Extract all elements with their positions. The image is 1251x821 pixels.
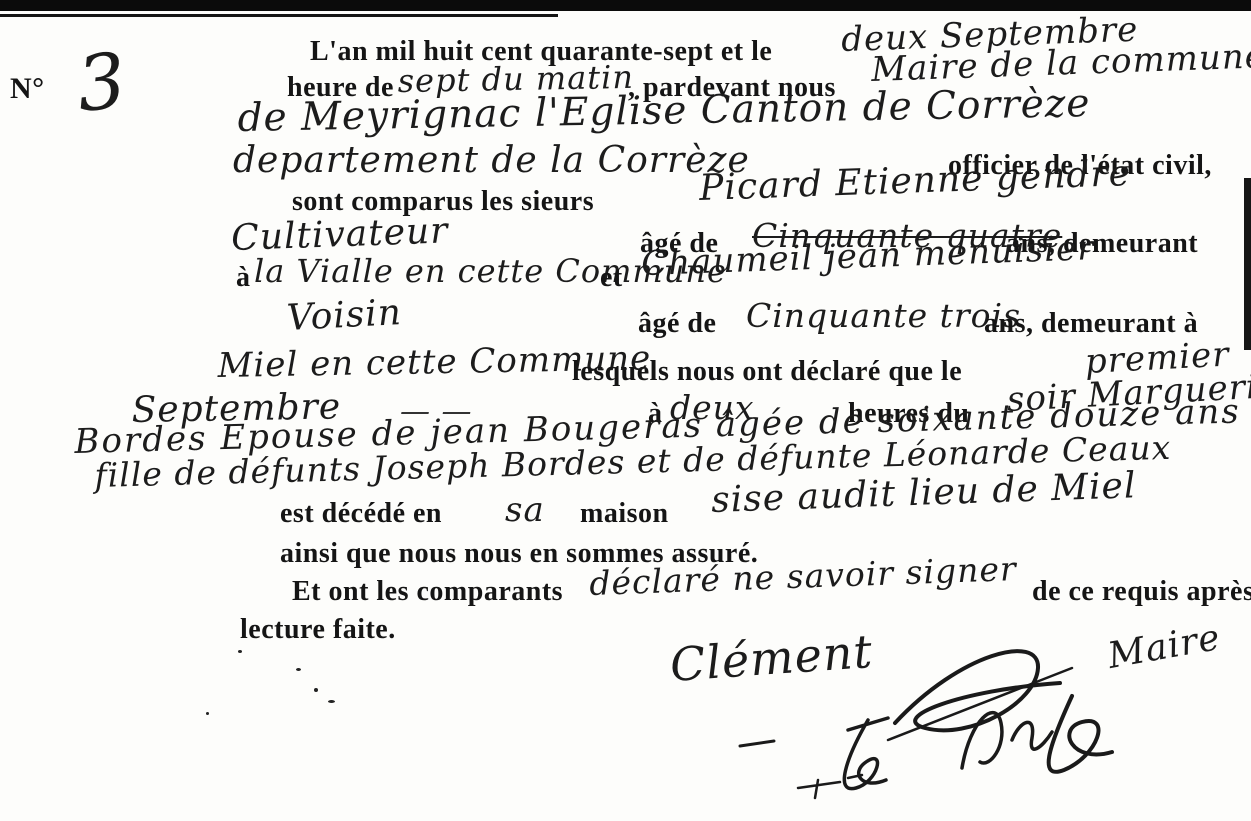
- handwritten-witness2-age: Cinquante trois: [746, 296, 1021, 335]
- paraph-initial-center: [962, 713, 1052, 768]
- printed-text: et: [600, 262, 623, 294]
- death-record-scan: N° 3 L'an mil huit cent quarante-sept et…: [0, 0, 1251, 821]
- ink-speck: [238, 650, 242, 653]
- signature-paraph-flourish: [895, 651, 1060, 730]
- ink-speck: [328, 700, 335, 703]
- record-number-label: N°: [10, 72, 45, 106]
- scan-edge-artifact: [1244, 178, 1251, 350]
- handwritten-witness1-name: Picard Etienne gendre: [699, 153, 1132, 209]
- handwritten-departement: departement de la Corrèze: [233, 140, 750, 181]
- signature-flourishes: [640, 628, 1251, 818]
- printed-text: lecture faite.: [240, 614, 396, 646]
- printed-text: est décédé en: [280, 498, 442, 530]
- printed-text: Et ont les comparants: [292, 576, 563, 608]
- ink-speck: [206, 712, 209, 715]
- bottom-small-mark: [798, 775, 862, 798]
- paraph-initial-right: [1049, 696, 1112, 772]
- printed-text: lesquels nous ont déclaré que le: [572, 356, 962, 388]
- ink-speck: [314, 688, 318, 692]
- top-border-underline: [0, 14, 558, 17]
- printed-text: ans, demeurant à: [984, 308, 1198, 340]
- ink-speck: [296, 668, 301, 671]
- printed-text: à: [236, 262, 251, 294]
- printed-text: de ce requis après: [1032, 576, 1251, 608]
- top-border-bar: [0, 0, 1251, 11]
- printed-text: âgé de: [638, 308, 716, 340]
- record-number-value: 3: [73, 35, 131, 129]
- paraph-dash: [740, 741, 774, 746]
- handwritten-witness2-quality: Voisin: [286, 292, 403, 339]
- handwritten-possessive: sa: [505, 490, 545, 530]
- printed-text: maison: [580, 498, 669, 530]
